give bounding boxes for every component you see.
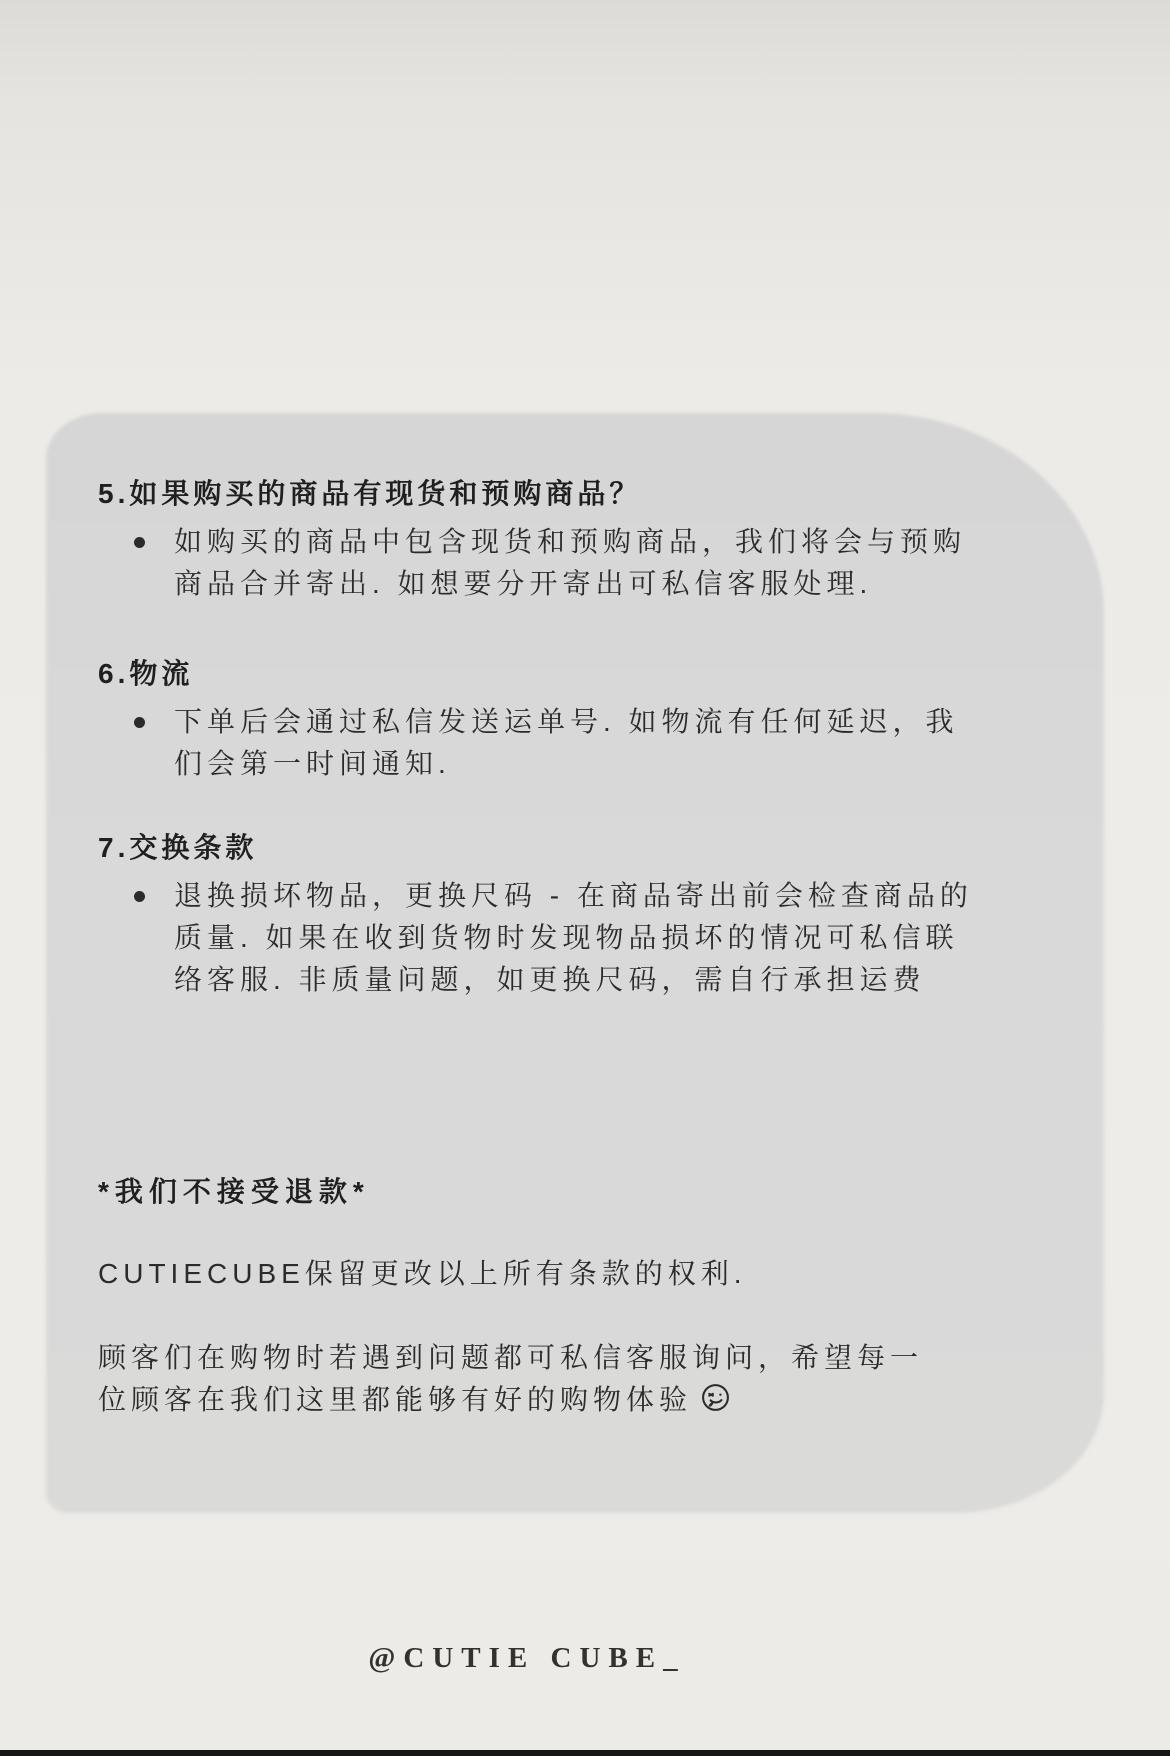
bullet-item: 退换损坏物品，更换尺码 - 在商品寄出前会检查商品的 质量. 如果在收到货物时发…: [98, 875, 986, 1001]
section-6-title: 6.物流: [98, 653, 986, 695]
rights-reserved-note: CUTIECUBE保留更改以上所有条款的权利.: [98, 1253, 986, 1295]
section-6-bullet-list: 下单后会通过私信发送运单号. 如物流有任何延迟，我 们会第一时间通知.: [98, 701, 986, 785]
policy-poster-page: 5.如果购买的商品有现货和预购商品？ 如购买的商品中包含现货和预购商品，我们将会…: [0, 0, 1170, 1756]
section-5-title: 5.如果购买的商品有现货和预购商品？: [98, 473, 986, 515]
section-5-bullet-list: 如购买的商品中包含现货和预购商品，我们将会与预购 商品合并寄出. 如想要分开寄出…: [98, 521, 986, 605]
winking-tongue-emoji-icon: [700, 1382, 731, 1413]
section-7-title: 7.交换条款: [98, 827, 986, 869]
closing-note: 顾客们在购物时若遇到问题都可私信客服询问，希望每一 位顾客在我们这里都能够有好的…: [98, 1337, 986, 1421]
terms-section-5: 5.如果购买的商品有现货和预购商品？ 如购买的商品中包含现货和预购商品，我们将会…: [98, 473, 986, 605]
no-refund-note: *我们不接受退款*: [98, 1171, 986, 1213]
section-7-bullet-list: 退换损坏物品，更换尺码 - 在商品寄出前会检查商品的 质量. 如果在收到货物时发…: [98, 875, 986, 1001]
bottom-bar: [0, 1750, 1170, 1756]
closing-note-text: 顾客们在购物时若遇到问题都可私信客服询问，希望每一 位顾客在我们这里都能够有好的…: [98, 1342, 923, 1415]
brand-handle: @CUTIE CUBE_: [0, 1642, 1112, 1675]
terms-section-6: 6.物流 下单后会通过私信发送运单号. 如物流有任何延迟，我 们会第一时间通知.: [98, 653, 986, 785]
policy-content: 5.如果购买的商品有现货和预购商品？ 如购买的商品中包含现货和预购商品，我们将会…: [46, 413, 1104, 1513]
bullet-item: 下单后会通过私信发送运单号. 如物流有任何延迟，我 们会第一时间通知.: [98, 701, 986, 785]
terms-section-7: 7.交换条款 退换损坏物品，更换尺码 - 在商品寄出前会检查商品的 质量. 如果…: [98, 827, 986, 1001]
bullet-item: 如购买的商品中包含现货和预购商品，我们将会与预购 商品合并寄出. 如想要分开寄出…: [98, 521, 986, 605]
